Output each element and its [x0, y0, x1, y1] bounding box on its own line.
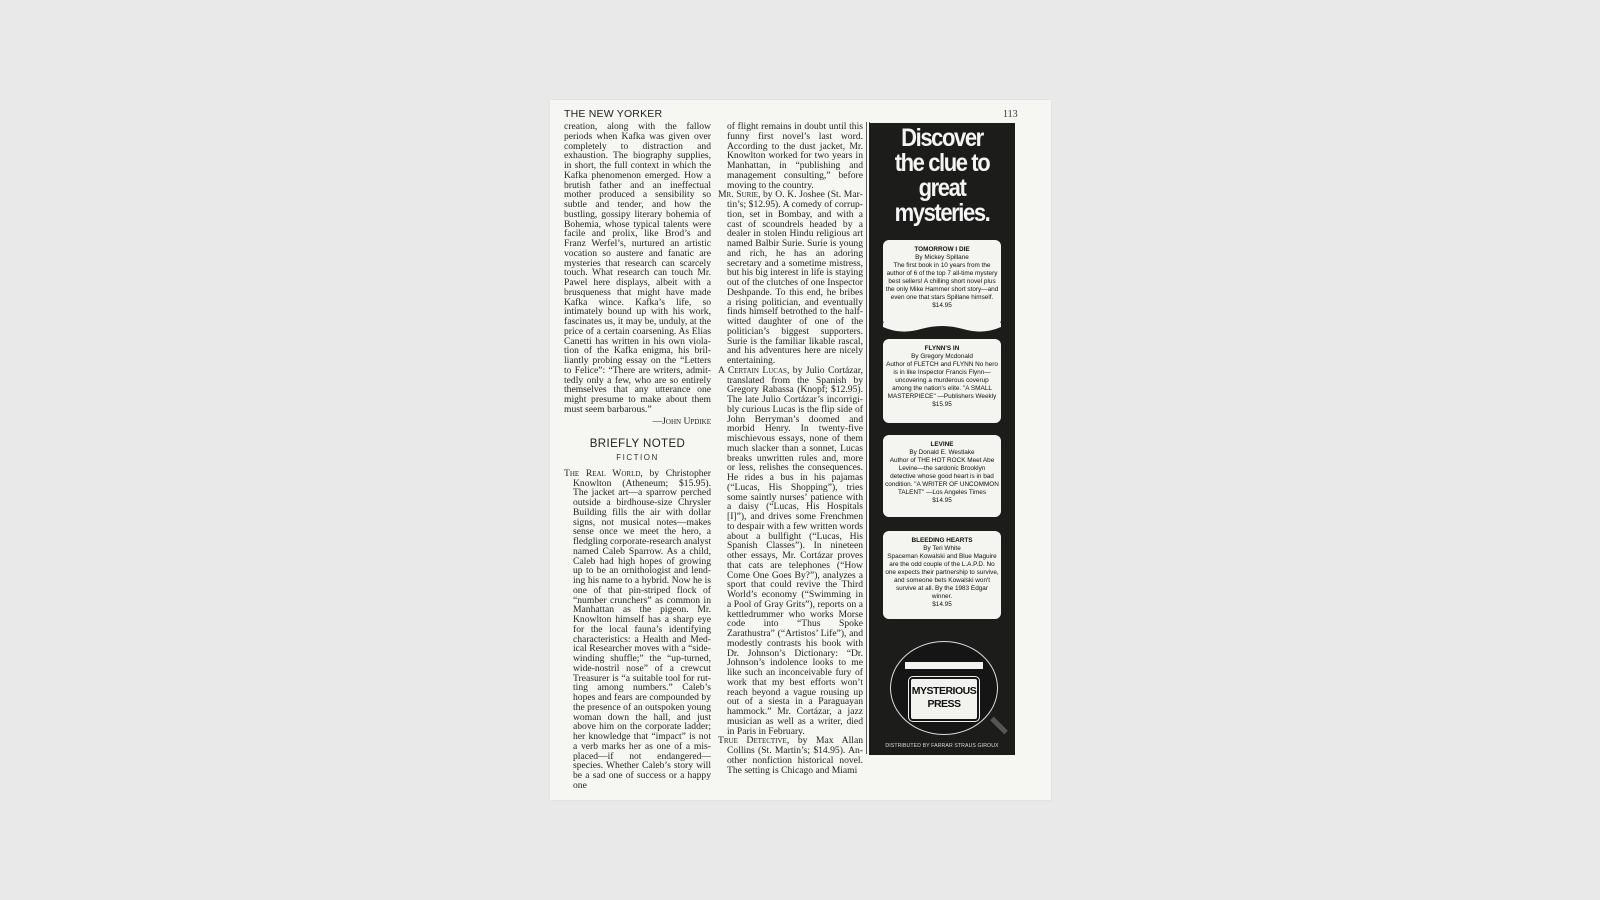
book-note-body: , by O. K. Joshee (St. Mar­tin’s; $12.95…	[727, 189, 863, 366]
review-text: creation, along with the fallow periods …	[564, 122, 711, 415]
scroll-wave-icon	[883, 323, 1001, 335]
book-note-mr-surie: Mr. Surie, by O. K. Joshee (St. Mar­tin’…	[718, 190, 863, 366]
book-note-body: , by Christopher Knowlton (Atheneum; $15…	[573, 468, 711, 791]
book-author: By Gregory Mcdonald	[885, 353, 999, 361]
magazine-page: THE NEW YORKER 113 creation, along with …	[550, 100, 1051, 800]
book-blurb: Spaceman Kowalski and Blue Maguire are t…	[885, 553, 999, 601]
headline-line: great	[878, 176, 1006, 201]
book-blurb: The first book in 10 years from the auth…	[885, 262, 999, 302]
sign-bar	[905, 662, 983, 669]
page-number: 113	[1003, 109, 1018, 120]
book-title: TOMORROW I DIE	[885, 246, 999, 254]
ad-book-bleeding-hearts: BLEEDING HEARTS By Teri White Spaceman K…	[883, 531, 1001, 619]
ad-headline: Discover the clue to great mysteries.	[878, 126, 1006, 226]
headline-line: Discover	[878, 126, 1006, 151]
magnifier-handle-icon	[990, 717, 1008, 735]
column-1: creation, along with the fallow periods …	[564, 122, 711, 791]
book-author: By Mickey Spillane	[885, 254, 999, 262]
headline-line: mysteries.	[878, 201, 1006, 226]
ad-book-levine: LEVINE By Donald E. Westlake Author of T…	[883, 435, 1001, 517]
book-note-body: , by Julio Cortázar, translated from the…	[727, 365, 863, 737]
book-blurb: Author of FLETCH and FLYNN No hero is in…	[885, 361, 999, 401]
mysterious-press-ad: Discover the clue to great mysteries. TO…	[869, 123, 1015, 755]
book-price: $14.95	[885, 601, 999, 609]
book-note-certain-lucas: A Certain Lucas, by Julio Cortázar, tran…	[718, 366, 863, 737]
masthead: THE NEW YORKER	[564, 108, 662, 120]
section-subheading: FICTION	[564, 453, 711, 463]
book-note-real-world: The Real World, by Christopher Knowlton …	[564, 469, 711, 791]
logo-line: MYSTERIOUS	[911, 685, 977, 698]
book-author: By Donald E. Westlake	[885, 449, 999, 457]
ad-book-tomorrow-i-die: TOMORROW I DIE By Mickey Spillane The fi…	[883, 240, 1001, 326]
distributor-line: DISTRIBUTED BY FARRAR STRAUS GIROUX	[869, 743, 1015, 749]
book-price: $14.95	[885, 302, 999, 310]
book-note-true-detective: True Detective, by Max Allan Collins (St…	[718, 736, 863, 775]
headline-line: the clue to	[878, 151, 1006, 176]
book-price: $14.95	[885, 497, 999, 505]
book-title: FLYNN'S IN	[885, 345, 999, 353]
section-heading: BRIEFLY NOTED	[564, 440, 711, 450]
book-title: BLEEDING HEARTS	[885, 537, 999, 545]
book-price: $15.95	[885, 401, 999, 409]
mysterious-press-logo: MYSTERIOUS PRESS	[909, 677, 979, 721]
continued-text: of flight remains in doubt until this fu…	[718, 122, 863, 190]
column-2: of flight remains in doubt until this fu…	[718, 122, 863, 775]
book-title: LEVINE	[885, 441, 999, 449]
magnifying-glass-logo-icon: MYSTERIOUS PRESS	[890, 641, 998, 735]
book-blurb: Author of THE HOT ROCK Meet Abe Levine—t…	[885, 457, 999, 497]
book-author: By Teri White	[885, 545, 999, 553]
logo-line: PRESS	[911, 698, 977, 711]
ad-book-flynns-in: FLYNN'S IN By Gregory Mcdonald Author of…	[883, 339, 1001, 423]
review-signature: —John Updike	[564, 417, 711, 427]
